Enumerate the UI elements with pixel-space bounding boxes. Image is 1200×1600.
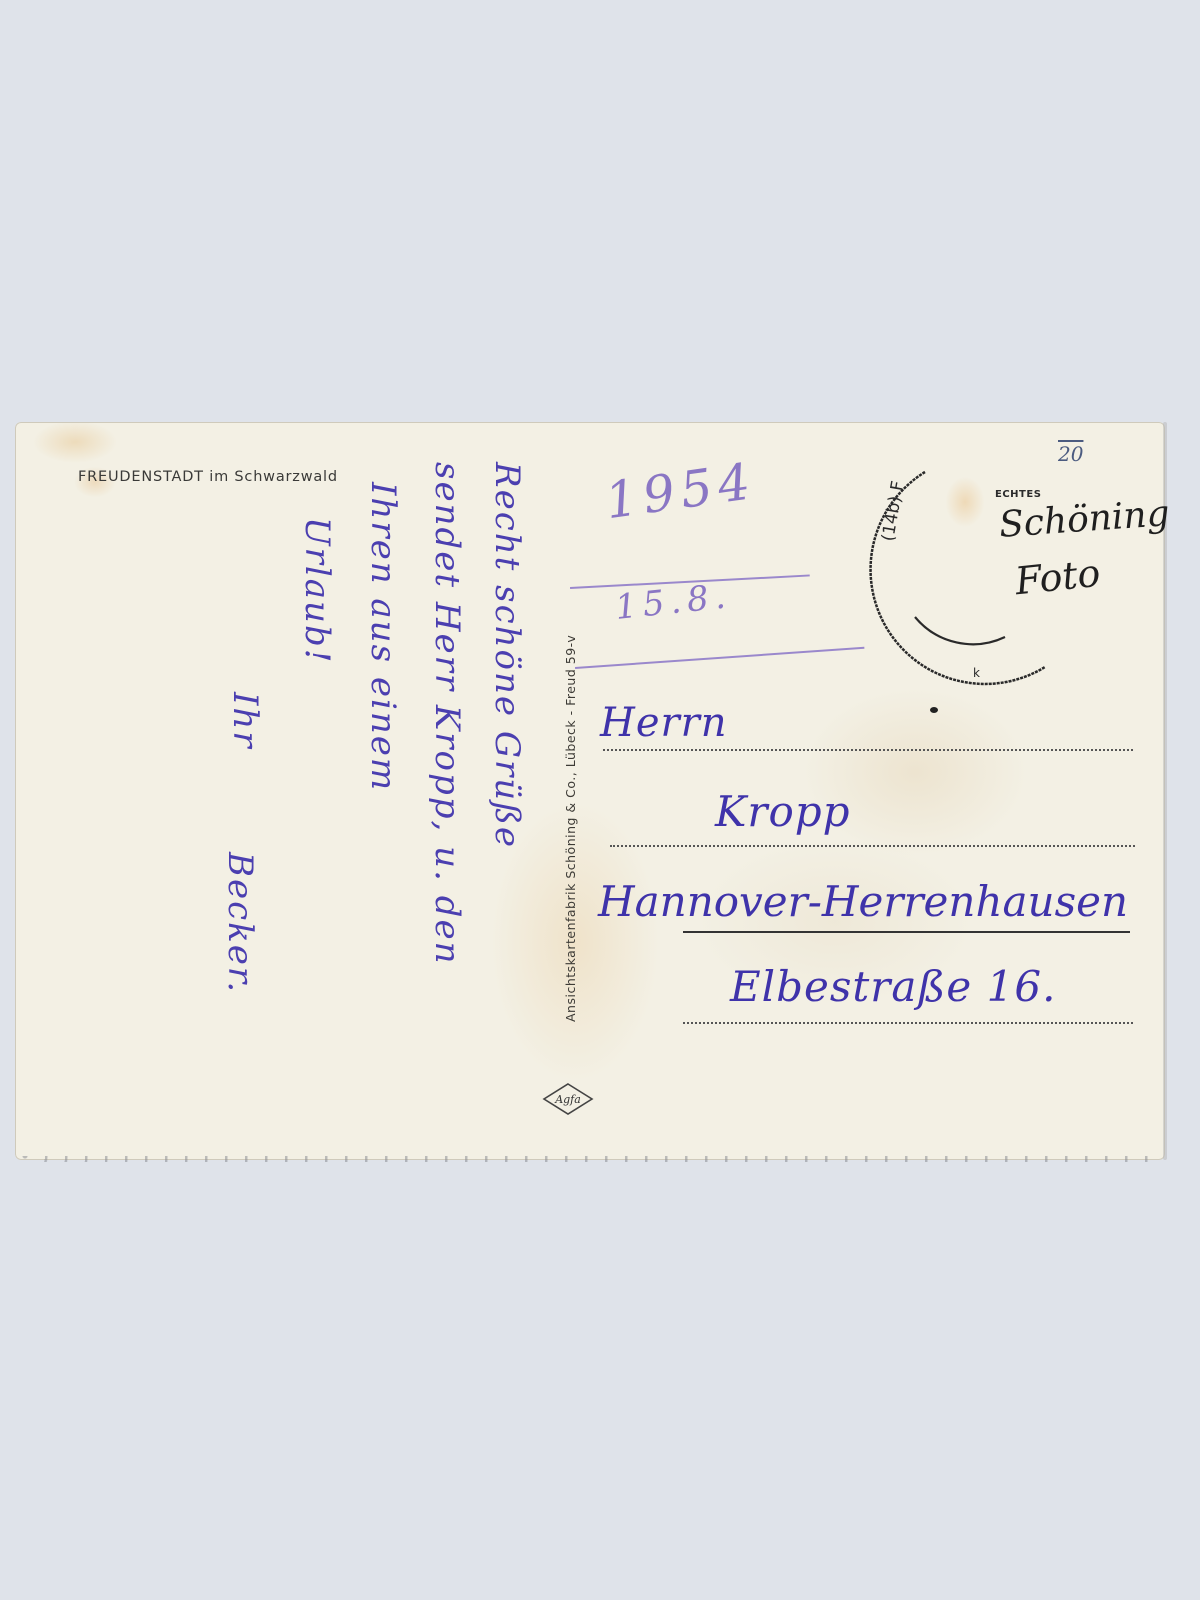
deckled-edge bbox=[15, 1156, 1165, 1162]
postcard: FREUDENSTADT im Schwarzwald Recht schöne… bbox=[15, 422, 1165, 1160]
address-line: Herrn bbox=[600, 700, 728, 746]
address-rule bbox=[610, 845, 1135, 847]
message-line: Recht schöne Grüße bbox=[487, 462, 527, 849]
message-line: Ihr bbox=[225, 692, 265, 750]
ink-spot bbox=[930, 707, 938, 713]
address-rule bbox=[683, 931, 1130, 933]
pencil-corner-mark: 20 bbox=[1058, 442, 1083, 466]
svg-text:k: k bbox=[973, 666, 980, 680]
pencil-year: 1954 bbox=[602, 452, 760, 530]
publisher-imprint: Ansichtskartenfabrik Schöning & Co., Lüb… bbox=[563, 635, 578, 1022]
address-line: Elbestraße 16. bbox=[730, 962, 1056, 1011]
brand-name: Schöning bbox=[998, 493, 1171, 546]
svg-text:Agfa: Agfa bbox=[554, 1093, 581, 1106]
brand-prefix: ECHTES bbox=[995, 489, 1041, 500]
message-line: Becker. bbox=[220, 852, 260, 994]
brand-stamp: ECHTES Schöning Foto bbox=[995, 477, 1135, 637]
address-line: Kropp bbox=[715, 787, 851, 836]
printed-title: FREUDENSTADT im Schwarzwald bbox=[78, 469, 338, 485]
address-rule bbox=[683, 1022, 1133, 1024]
brand-suffix: Foto bbox=[1013, 551, 1102, 604]
svg-text:(14b) F: (14b) F bbox=[878, 479, 908, 542]
address-line: Hannover-Herrenhausen bbox=[598, 877, 1128, 926]
pencil-underline bbox=[575, 647, 864, 669]
agfa-logo-icon: Agfa bbox=[542, 1082, 594, 1116]
address-rule bbox=[603, 749, 1133, 751]
message-line: Urlaub! bbox=[297, 517, 337, 664]
message-line: Ihren aus einem bbox=[363, 482, 403, 792]
message-line: sendet Herr Kropp, u. den bbox=[427, 462, 467, 965]
